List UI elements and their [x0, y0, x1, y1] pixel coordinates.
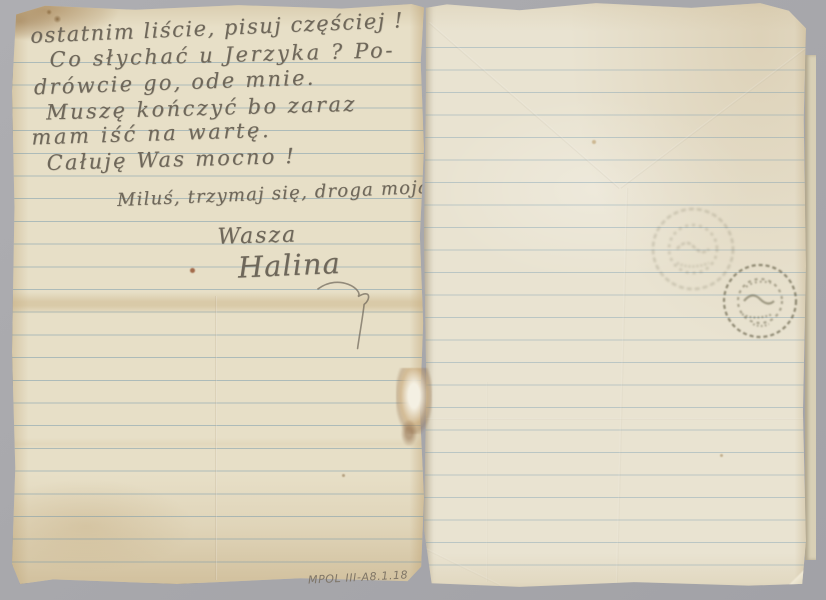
handwriting-line: Miluś, trzymaj się, droga moja	[117, 179, 431, 210]
paper-edge-sliver	[805, 55, 816, 560]
paper-speck	[720, 454, 723, 457]
fold-crease-horizontal	[424, 418, 806, 420]
letter-left-page: ostatnim liście, pisuj częściej ! Co sły…	[12, 4, 424, 584]
fold-crease-vertical	[486, 382, 488, 582]
paper-tear-stain	[401, 420, 417, 446]
handwriting-line: Muszę kończyć bo zaraz	[46, 94, 357, 124]
envelope-fold-crease	[616, 188, 628, 584]
dark-circular-postmark	[715, 256, 805, 346]
letter-right-page	[424, 2, 806, 588]
envelope-fold-crease	[429, 22, 620, 189]
signature-flourish	[312, 254, 405, 351]
envelope-fold-crease	[620, 48, 806, 189]
fold-crease-diagonal	[423, 547, 500, 586]
handwriting-closing: Wasza	[217, 224, 297, 248]
handwriting-line: Całuję Was mocno !	[46, 146, 296, 174]
handwriting-line: mam iść na wartę.	[31, 120, 271, 149]
page-corner-fold	[789, 569, 807, 589]
handwriting-block: ostatnim liście, pisuj częściej ! Co sły…	[9, 2, 427, 586]
scanned-letter: ostatnim liście, pisuj częściej ! Co sły…	[0, 0, 826, 600]
paper-speck	[592, 140, 596, 144]
